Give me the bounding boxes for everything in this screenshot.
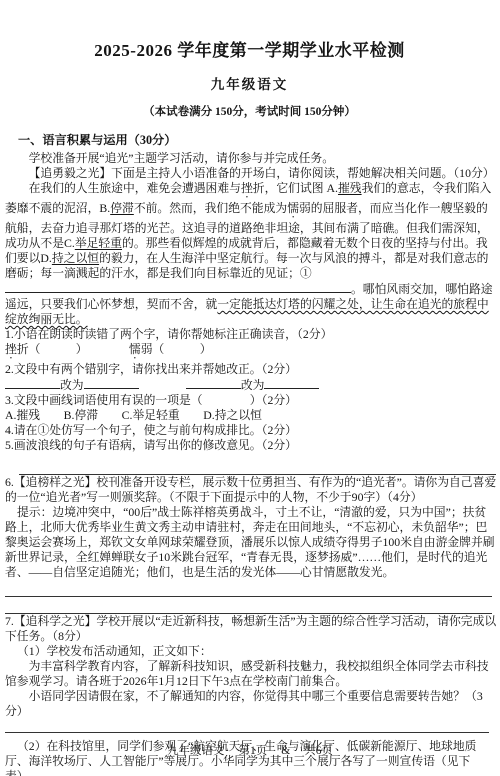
answer-line [5, 580, 492, 597]
blank-underline [5, 281, 253, 293]
page-footer: 九年级语文第1页&共6页 [0, 742, 500, 758]
question-4: 4.请在①处仿写一个句子，使之与前句构成排比。（2分） [5, 423, 497, 438]
question-3: 3.文段中画线词语使用有误的一项是（ ）（2分） [5, 393, 497, 408]
question-6: 6.【追榜样之光】校刊准备开设专栏，展示数十位勇担当、有作为的“追光者”。请你为… [5, 475, 497, 505]
text-dot: 挫 [5, 342, 17, 356]
text-underline: 停滞 [110, 201, 134, 215]
footer-total-pages: 共6页 [304, 745, 333, 757]
question-7-sub1: （1）学校发布活动通知，正文如下： [5, 644, 497, 659]
text-run: 不前。然而，我们绝不能成为 [134, 201, 287, 215]
notice-body: 为丰富科学教育内容，了解新科技知识，感受新科技魅力，我校拟组织全体同学去市科技馆… [5, 659, 497, 689]
blank-underline [84, 377, 139, 389]
question-7-sub1-ask: 小语同学因请假在家，不了解通知的内容，你觉得其中哪三个重要信息需要转告她？（3分… [5, 689, 497, 719]
page-title: 2025-2026 学年度第一学期学业水平检测 [5, 36, 494, 61]
text-underline: 举足轻重 [75, 236, 122, 250]
text-run: 在我们的人生旅途中，难免会遭遇困难与 [29, 181, 241, 195]
text-dot: 懦 [287, 201, 299, 215]
text-underline: 摧残 [338, 181, 362, 195]
blank-underline [253, 281, 351, 293]
blank-underline [264, 377, 319, 389]
text-underline: 持之以恒 [52, 251, 99, 265]
question-7: 7.【追科学之光】学校开展以“走近新科技，畅想新生活”为主题的综合性学习活动，请… [5, 614, 497, 644]
question-2: 2.文段中有两个错别字，请你找出来并帮她改正。（2分） [5, 362, 497, 377]
question-2-blanks: 改为 改为 [5, 377, 497, 393]
footer-page-number: 第1页 [239, 745, 268, 757]
text-dot: 懦 [129, 342, 141, 356]
exam-content: 学校准备开展“追光”主题学习活动，请你参与并完成任务。 【追勇毅之光】下面是主持… [5, 151, 497, 776]
answer-line [5, 597, 492, 614]
text-run: 改为 [60, 378, 84, 392]
text-run: 折，它们试图 A. [253, 181, 338, 195]
passage: 在我们的人生旅途中，难免会遭遇困难与挫折，它们试图 A.摧残我们的意志，令我们陷… [5, 181, 497, 327]
text-run [82, 342, 129, 356]
exam-page: 2025-2026 学年度第一学期学业水平检测 九年级语文 （本试卷满分 150… [0, 0, 500, 776]
question-1: 1.小语在朗读时读错了两个字，请你帮她标注正确读音，（2分） [5, 327, 497, 342]
exam-info: （本试卷满分 150分，考试时间 150分钟） [5, 103, 494, 119]
task-courage-label: 【追勇毅之光】下面是主持人小语准备的开场白，请你阅读，帮她解决相关问题。（10分… [5, 166, 497, 181]
question-1-answer: 挫折（ ） 懦弱（ ） [5, 342, 497, 362]
text-run: 折（ ） [17, 342, 82, 356]
exam-subject: 九年级语文 [5, 73, 494, 93]
answer-line [5, 719, 489, 733]
blank-underline [5, 377, 60, 389]
question-6-hint: 提示：边境冲突中，“00后”战士陈祥榕英勇战斗，寸土不让，“清澈的爱，只为中国”… [5, 505, 497, 580]
blank-underline [186, 377, 241, 389]
text-run: 改为 [241, 378, 265, 392]
section-heading: 一、语言积累与运用（30分） [18, 131, 494, 148]
footer-course: 九年级语文 [167, 745, 225, 757]
text-run [139, 378, 186, 392]
activity-intro: 学校准备开展“追光”主题学习活动，请你参与并完成任务。 [5, 151, 497, 166]
text-dot: 挫 [241, 181, 253, 195]
text-run: 弱（ ） [141, 342, 212, 356]
question-3-options: A.摧残 B.停滞 C.举足轻重 D.持之以恒 [5, 408, 497, 423]
answer-line [19, 453, 496, 475]
footer-separator: & [281, 745, 290, 757]
question-5: 5.画波浪线的句子有语病，请写出你的修改意见。（2分） [5, 438, 497, 453]
